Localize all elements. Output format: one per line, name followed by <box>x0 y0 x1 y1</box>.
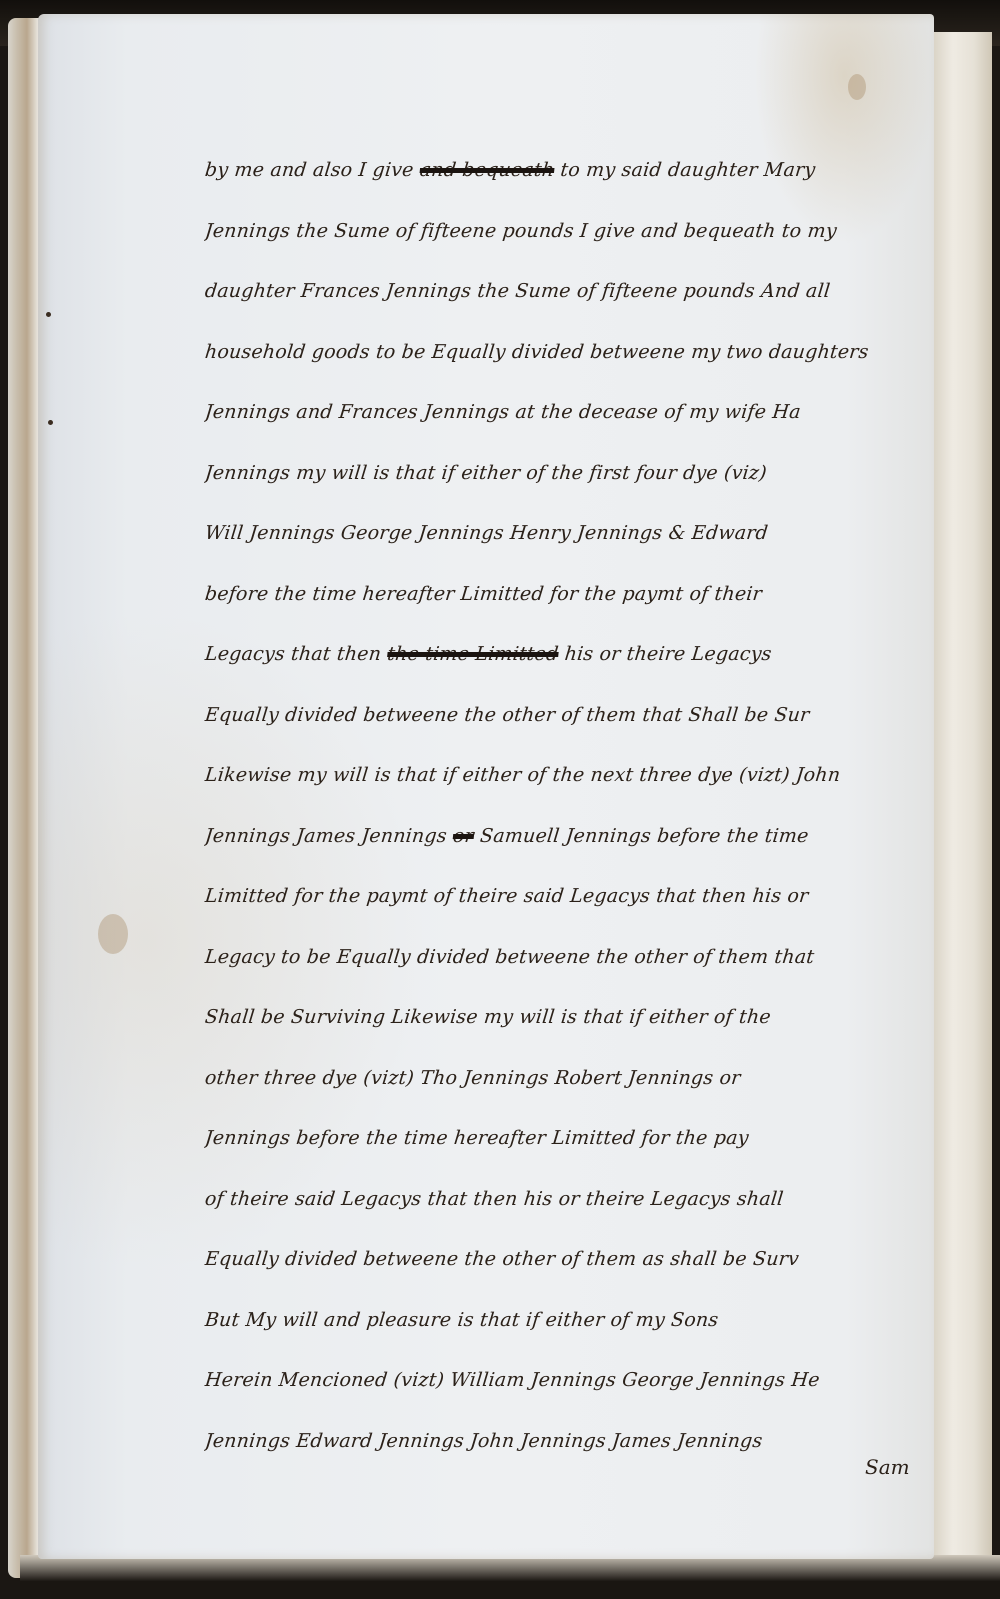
manuscript-line-13: Limitted for the paymt of theire said Le… <box>202 866 943 927</box>
manuscript-line-14: Legacy to be Equally divided betweene th… <box>202 927 943 988</box>
margin-mark <box>46 312 51 317</box>
margin-mark <box>48 420 53 425</box>
manuscript-line-8: before the time hereafter Limitted for t… <box>202 564 943 625</box>
manuscript-line-4: household goods to be Equally divided be… <box>202 322 943 383</box>
bottom-page-edges <box>20 1555 1000 1599</box>
manuscript-line-12: Jennings James Jennings or Samuell Jenni… <box>202 806 943 867</box>
manuscript-line-19: Equally divided betweene the other of th… <box>202 1229 943 1290</box>
struck-text: and bequeath <box>419 159 556 181</box>
manuscript-line-15: Shall be Surviving Likewise my will is t… <box>202 987 943 1048</box>
catchword: Sam <box>865 1455 910 1479</box>
manuscript-line-20: But My will and pleasure is that if eith… <box>202 1290 943 1351</box>
manuscript-line-5: Jennings and Frances Jennings at the dec… <box>202 382 943 443</box>
manuscript-line-7: Will Jennings George Jennings Henry Jenn… <box>202 503 943 564</box>
foxing-stain <box>98 914 128 954</box>
manuscript-line-11: Likewise my will is that if either of th… <box>202 745 943 806</box>
manuscript-line-18: of theire said Legacys that then his or … <box>202 1169 943 1230</box>
manuscript-line-1: by me and also I give and bequeath to my… <box>202 140 943 201</box>
struck-text: or <box>452 825 475 847</box>
struck-text: the time Limitted <box>386 643 559 665</box>
manuscript-photo: by me and also I give and bequeath to my… <box>0 0 1000 1599</box>
manuscript-line-6: Jennings my will is that if either of th… <box>202 443 943 504</box>
manuscript-line-17: Jennings before the time hereafter Limit… <box>202 1108 943 1169</box>
ink-stain <box>848 74 866 100</box>
manuscript-line-10: Equally divided betweene the other of th… <box>202 685 943 746</box>
manuscript-line-2: Jennings the Sume of fifteene pounds I g… <box>202 201 943 262</box>
manuscript-line-9: Legacys that then the time Limitted his … <box>202 624 943 685</box>
manuscript-line-3: daughter Frances Jennings the Sume of fi… <box>202 261 943 322</box>
manuscript-line-21: Herein Mencioned (vizt) William Jennings… <box>202 1350 943 1411</box>
manuscript-line-22: Jennings Edward Jennings John Jennings J… <box>202 1411 943 1472</box>
manuscript-line-16: other three dye (vizt) Tho Jennings Robe… <box>202 1048 943 1109</box>
handwritten-text: by me and also I give and bequeath to my… <box>205 140 940 1471</box>
